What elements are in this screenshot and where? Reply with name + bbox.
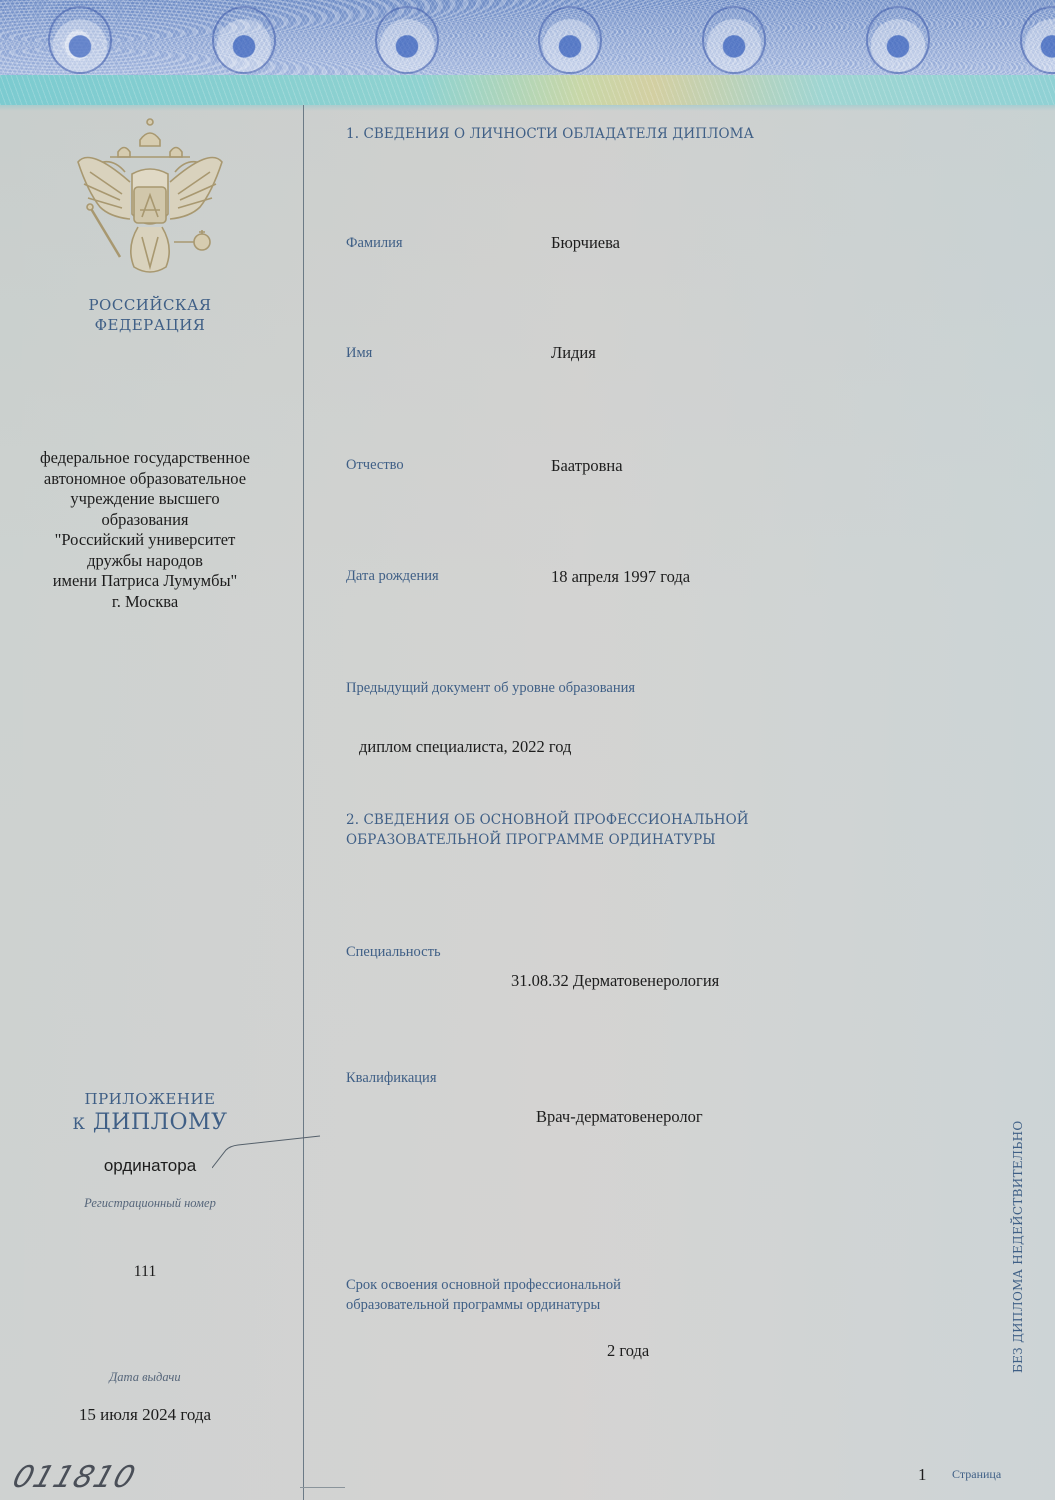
rosette-ornament bbox=[375, 6, 439, 74]
institution-line: имени Патриса Лумумбы" bbox=[0, 571, 290, 592]
first-name-value: Лидия bbox=[551, 343, 596, 363]
institution-line: учреждение высшего bbox=[0, 489, 290, 510]
institution-line: образования bbox=[0, 510, 290, 531]
rosette-ornament bbox=[48, 6, 112, 74]
program-duration-value: 2 года bbox=[607, 1341, 649, 1361]
section2-title-line2: ОБРАЗОВАТЕЛЬНОЙ ПРОГРАММЕ ОРДИНАТУРЫ bbox=[346, 830, 749, 850]
page-number: 1 bbox=[918, 1465, 927, 1485]
country-line: ФЕДЕРАЦИЯ bbox=[40, 315, 260, 335]
first-name-label: Имя bbox=[346, 345, 372, 362]
birth-date-label: Дата рождения bbox=[346, 568, 439, 585]
previous-document-label: Предыдущий документ об уровне образовани… bbox=[346, 680, 635, 697]
column-divider bbox=[303, 105, 304, 1500]
institution-name: федеральное государственное автономное о… bbox=[0, 448, 290, 612]
specialty-value: 31.08.32 Дерматовенерология bbox=[511, 971, 719, 991]
patronymic-label: Отчество bbox=[346, 457, 404, 474]
rosette-ornament bbox=[1020, 6, 1055, 74]
appendix-title: ПРИЛОЖЕНИЕ К ДИПЛОМУ bbox=[40, 1090, 260, 1135]
qualification-label: Квалификация bbox=[346, 1070, 437, 1087]
rosette-ornament bbox=[212, 6, 276, 74]
pen-stroke-mark bbox=[212, 1130, 322, 1170]
country-line: РОССИЙСКАЯ bbox=[40, 295, 260, 315]
issue-date: 15 июля 2024 года bbox=[40, 1405, 250, 1425]
guilloche-header-band bbox=[0, 0, 1055, 75]
patronymic-value: Баатровна bbox=[551, 456, 623, 476]
duration-label-line2: образовательной программы ординатуры bbox=[346, 1295, 621, 1315]
birth-date-value: 18 апреля 1997 года bbox=[551, 567, 690, 587]
page-label: Страница bbox=[952, 1467, 1001, 1482]
program-duration-label: Срок освоения основной профессиональной … bbox=[346, 1275, 621, 1315]
appendix-title-line1: ПРИЛОЖЕНИЕ bbox=[40, 1090, 260, 1108]
section2-title-line1: 2. СВЕДЕНИЯ ОБ ОСНОВНОЙ ПРОФЕССИОНАЛЬНОЙ bbox=[346, 810, 749, 830]
handwritten-serial-number: 011810 bbox=[8, 1460, 140, 1495]
institution-line: г. Москва bbox=[0, 592, 290, 613]
institution-line: "Российский университет bbox=[0, 530, 290, 551]
coat-of-arms-emblem-icon bbox=[70, 112, 230, 282]
specialty-label: Специальность bbox=[346, 944, 441, 961]
band-fade bbox=[0, 105, 1055, 111]
institution-line: дружбы народов bbox=[0, 551, 290, 572]
validity-note: БЕЗ ДИПЛОМА НЕДЕЙСТВИТЕЛЬНО bbox=[1011, 1120, 1025, 1373]
registration-number-label: Регистрационный номер bbox=[40, 1196, 260, 1211]
rosette-ornament bbox=[538, 6, 602, 74]
country-name: РОССИЙСКАЯ ФЕДЕРАЦИЯ bbox=[40, 295, 260, 335]
institution-line: автономное образовательное bbox=[0, 469, 290, 490]
issue-date-label: Дата выдачи bbox=[40, 1370, 250, 1385]
section1-title: 1. СВЕДЕНИЯ О ЛИЧНОСТИ ОБЛАДАТЕЛЯ ДИПЛОМ… bbox=[346, 124, 754, 144]
surname-value: Бюрчиева bbox=[551, 233, 620, 253]
qualification-value: Врач-дерматовенеролог bbox=[536, 1107, 703, 1127]
appendix-diploma-word: ДИПЛОМУ bbox=[93, 1110, 228, 1135]
appendix-prefix: К bbox=[73, 1114, 86, 1133]
registration-number: 111 bbox=[40, 1263, 250, 1281]
previous-document-value: диплом специалиста, 2022 год bbox=[359, 737, 571, 757]
section2-title: 2. СВЕДЕНИЯ ОБ ОСНОВНОЙ ПРОФЕССИОНАЛЬНОЙ… bbox=[346, 810, 749, 850]
rosette-ornament bbox=[702, 6, 766, 74]
duration-label-line1: Срок освоения основной профессиональной bbox=[346, 1275, 621, 1295]
teal-security-band bbox=[0, 75, 1055, 105]
institution-line: федеральное государственное bbox=[0, 448, 290, 469]
rosette-ornament bbox=[866, 6, 930, 74]
surname-label: Фамилия bbox=[346, 235, 403, 252]
footer-rule bbox=[300, 1487, 345, 1488]
diploma-supplement-page: РОССИЙСКАЯ ФЕДЕРАЦИЯ федеральное государ… bbox=[0, 0, 1055, 1500]
